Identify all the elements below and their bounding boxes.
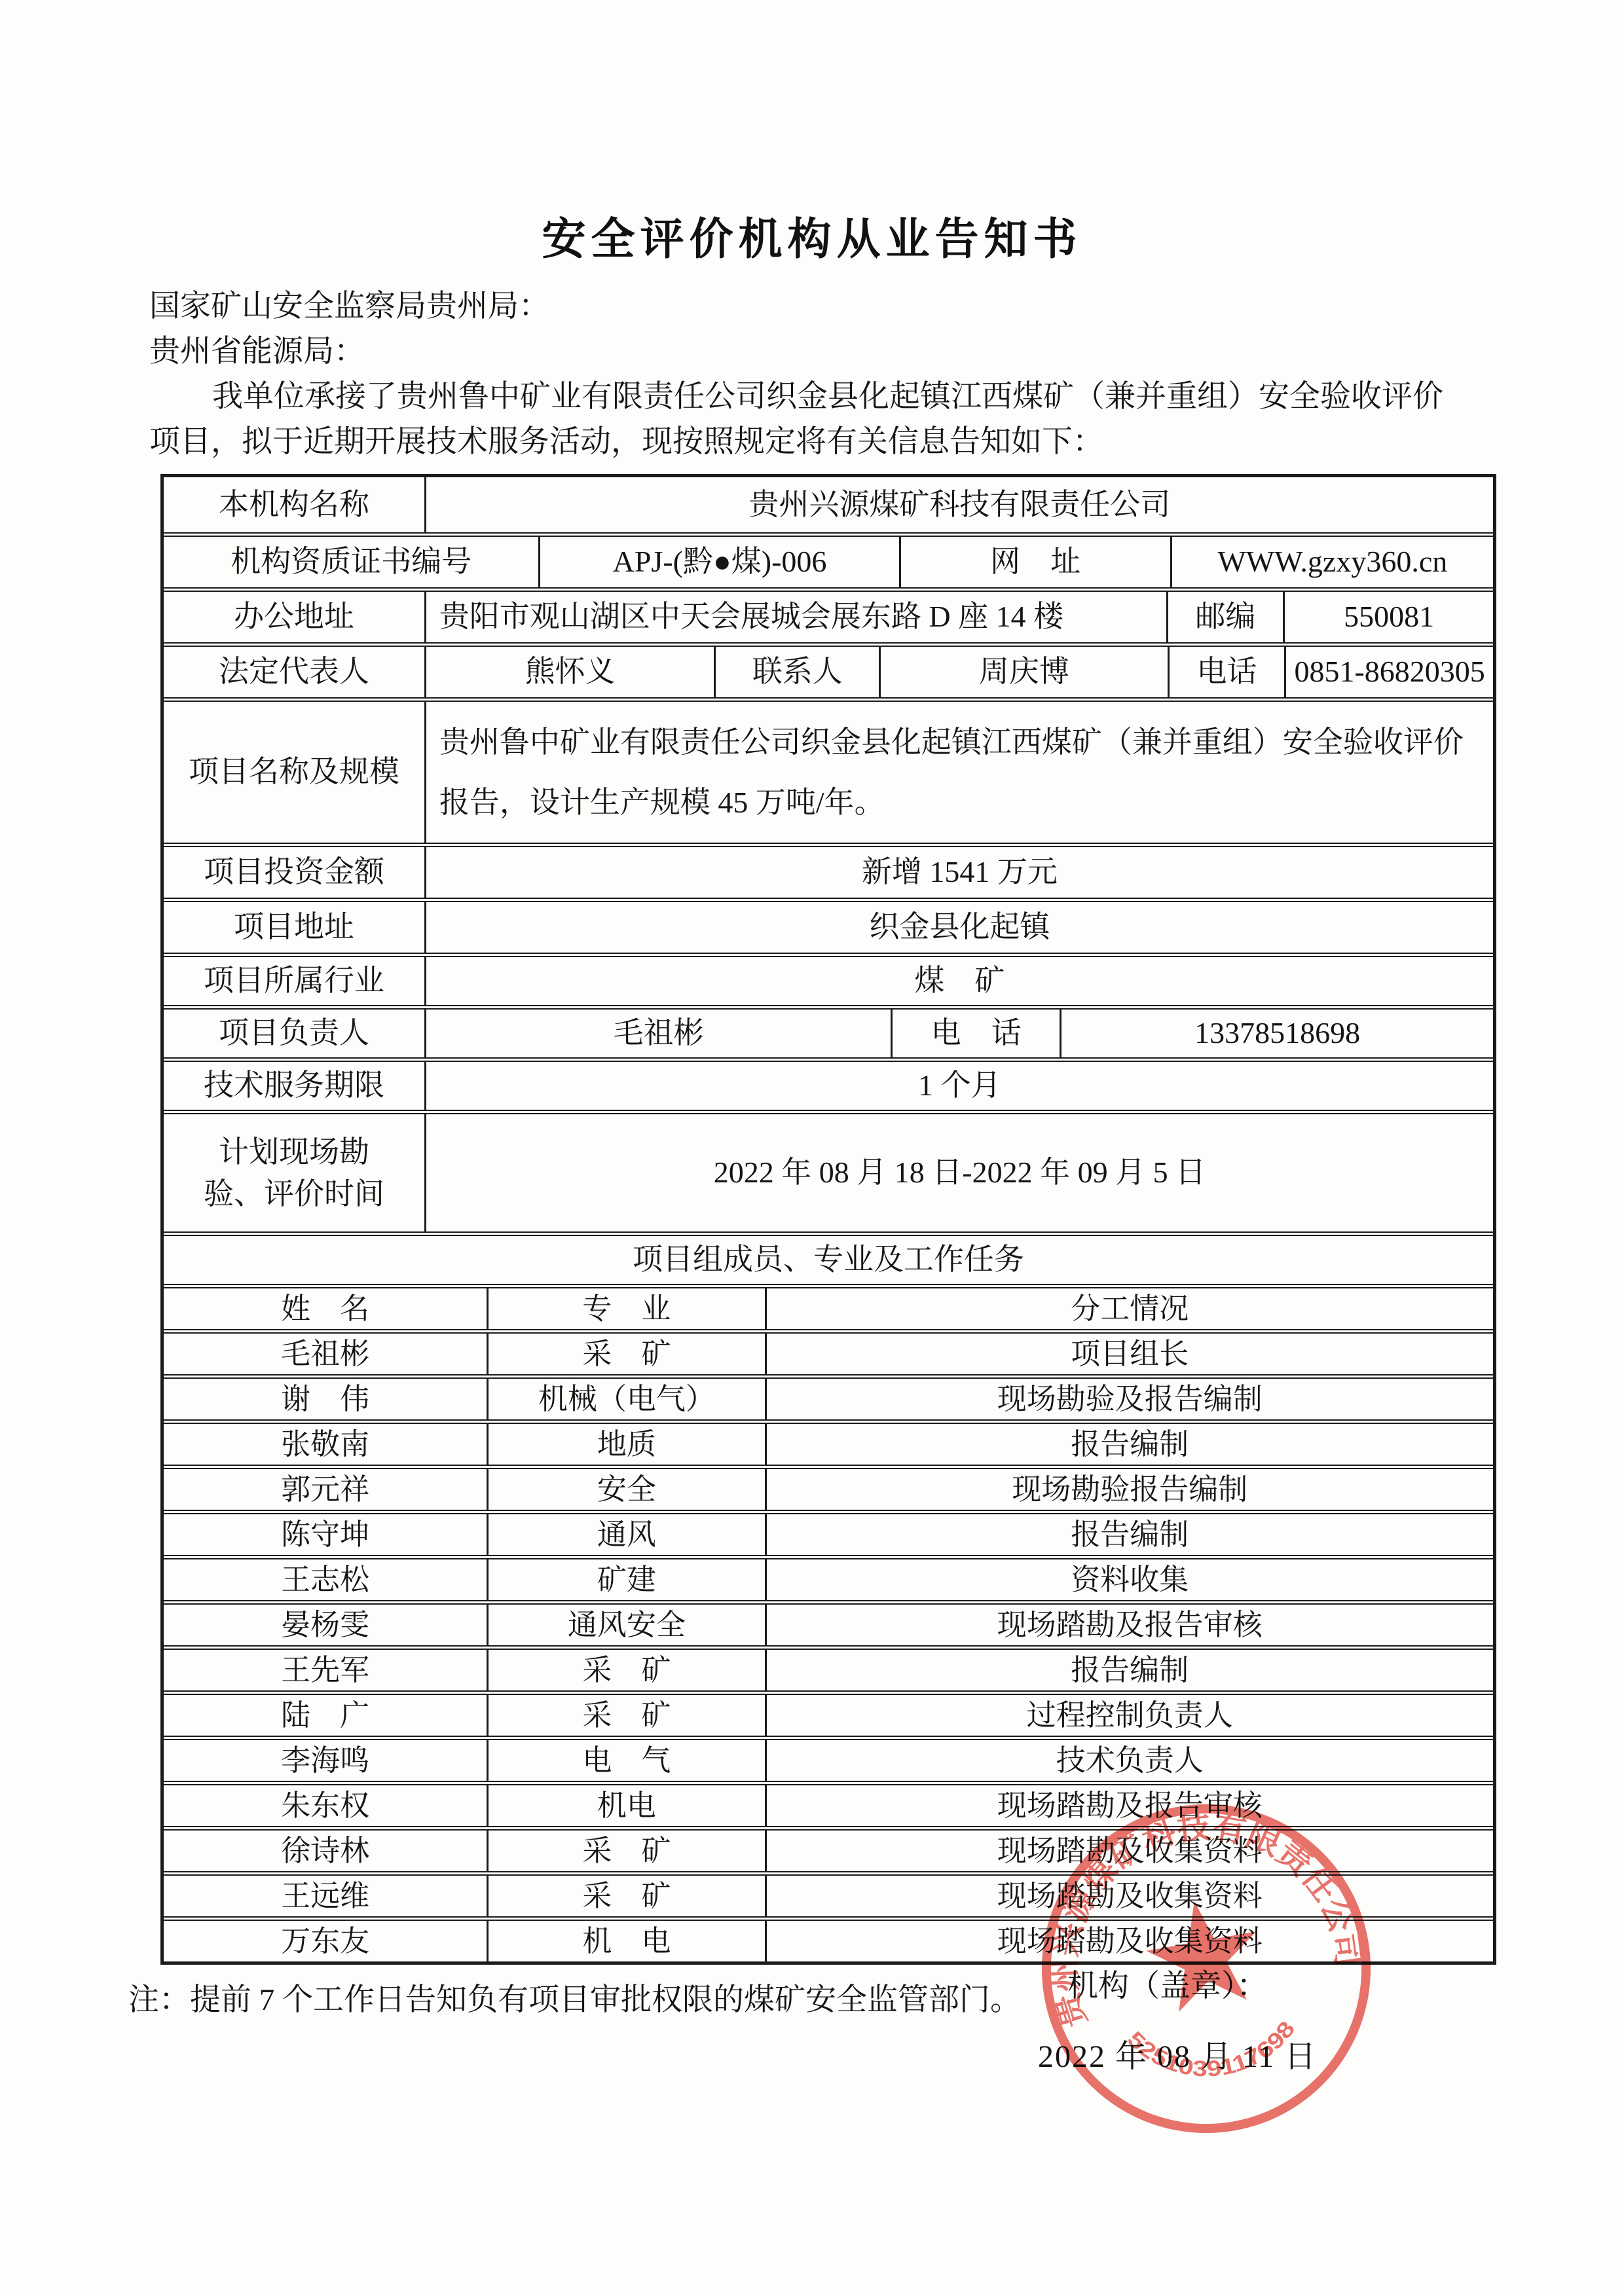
phone-value: 0851-86820305: [1284, 647, 1493, 697]
leader-phone-label: 电 话: [891, 1010, 1060, 1057]
member-major: 矿建: [487, 1559, 764, 1600]
addressee-1: 国家矿山安全监察局贵州局：: [149, 284, 1481, 329]
office-value: 贵阳市观山湖区中天会展城会展东路 D 座 14 楼: [424, 592, 1166, 642]
member-major: 采 矿: [487, 1695, 764, 1736]
table-row: 李海鸣电 气技术负责人: [164, 1736, 1493, 1781]
duration-label: 技术服务期限: [164, 1062, 424, 1110]
member-major: 通风: [487, 1514, 764, 1555]
info-table: 本机构名称 贵州兴源煤矿科技有限责任公司 机构资质证书编号 APJ-(黔●煤)-…: [160, 474, 1496, 1965]
table-row: 王先军采 矿报告编制: [164, 1645, 1493, 1690]
row-schedule: 计划现场勘验、评价时间 2022 年 08 月 18 日-2022 年 09 月…: [164, 1110, 1493, 1231]
member-name: 王志松: [164, 1559, 487, 1600]
duration-value: 1 个月: [424, 1062, 1493, 1110]
member-name: 朱东权: [164, 1785, 487, 1826]
contact-label: 联系人: [714, 647, 879, 697]
member-name: 晏杨雯: [164, 1605, 487, 1645]
investment-label: 项目投资金额: [164, 847, 424, 898]
leader-label: 项目负责人: [164, 1010, 424, 1057]
member-name: 郭元祥: [164, 1469, 487, 1510]
location-label: 项目地址: [164, 902, 424, 953]
member-name: 徐诗林: [164, 1831, 487, 1871]
paragraph-line-2: 项目，拟于近期开展技术服务活动，现按照规定将有关信息告知如下：: [149, 420, 1481, 465]
document-title: 安全评价机构从业告知书: [0, 0, 1624, 267]
member-name: 王远维: [164, 1876, 487, 1916]
row-industry: 项目所属行业 煤 矿: [164, 953, 1493, 1005]
schedule-value: 2022 年 08 月 18 日-2022 年 09 月 5 日: [424, 1114, 1493, 1231]
row-cert: 机构资质证书编号 APJ-(黔●煤)-006 网 址 WWW.gzxy360.c…: [164, 532, 1493, 587]
member-duty: 资料收集: [765, 1559, 1493, 1600]
table-row: 毛祖彬采 矿项目组长: [164, 1329, 1493, 1374]
row-members-header: 项目组成员、专业及工作任务: [164, 1231, 1493, 1284]
member-duty: 项目组长: [765, 1334, 1493, 1374]
member-name: 王先军: [164, 1650, 487, 1690]
member-major: 地质: [487, 1424, 764, 1465]
member-duty: 报告编制: [765, 1650, 1493, 1690]
leader-phone-value: 13378518698: [1060, 1010, 1493, 1057]
row-org-name: 本机构名称 贵州兴源煤矿科技有限责任公司: [164, 477, 1493, 532]
table-row: 陆 广采 矿过程控制负责人: [164, 1690, 1493, 1736]
member-major: 安全: [487, 1469, 764, 1510]
schedule-label: 计划现场勘验、评价时间: [164, 1114, 424, 1231]
member-major: 电 气: [487, 1740, 764, 1781]
row-project-name: 项目名称及规模 贵州鲁中矿业有限责任公司织金县化起镇江西煤矿（兼并重组）安全验收…: [164, 697, 1493, 843]
member-duty: 技术负责人: [765, 1740, 1493, 1781]
row-legal-rep: 法定代表人 熊怀义 联系人 周庆博 电话 0851-86820305: [164, 642, 1493, 697]
member-duty: 报告编制: [765, 1424, 1493, 1465]
document-page: 安全评价机构从业告知书 国家矿山安全监察局贵州局： 贵州省能源局： 我单位承接了…: [0, 0, 1624, 2296]
member-major: 机械（电气）: [487, 1379, 764, 1419]
member-name: 毛祖彬: [164, 1334, 487, 1374]
seal-number-text: 5251039117698: [1120, 1999, 1306, 2097]
row-investment: 项目投资金额 新增 1541 万元: [164, 843, 1493, 898]
project-name-label: 项目名称及规模: [164, 702, 424, 843]
intro-block: 国家矿山安全监察局贵州局： 贵州省能源局： 我单位承接了贵州鲁中矿业有限责任公司…: [149, 284, 1481, 465]
member-duty: 现场踏勘及报告审核: [765, 1605, 1493, 1645]
table-row: 陈守坤通风报告编制: [164, 1510, 1493, 1555]
cert-value: APJ-(黔●煤)-006: [538, 537, 898, 587]
paragraph-line-1: 我单位承接了贵州鲁中矿业有限责任公司织金县化起镇江西煤矿（兼并重组）安全验收评价: [149, 374, 1481, 420]
member-name: 陆 广: [164, 1695, 487, 1736]
table-row: 王志松矿建资料收集: [164, 1555, 1493, 1600]
member-major: 通风安全: [487, 1605, 764, 1645]
leader-value: 毛祖彬: [424, 1010, 891, 1057]
legal-rep-label: 法定代表人: [164, 647, 424, 697]
location-value: 织金县化起镇: [424, 902, 1493, 953]
website-label: 网 址: [899, 537, 1170, 587]
col-name: 姓 名: [164, 1288, 487, 1329]
postcode-value: 550081: [1283, 592, 1493, 642]
footnote: 注：提前 7 个工作日告知负有项目审批权限的煤矿安全监管部门。: [128, 1975, 1624, 2019]
members-column-header: 姓 名 专 业 分工情况: [164, 1284, 1493, 1329]
cert-label: 机构资质证书编号: [164, 537, 538, 587]
industry-label: 项目所属行业: [164, 957, 424, 1005]
member-name: 陈守坤: [164, 1514, 487, 1555]
investment-value: 新增 1541 万元: [424, 847, 1493, 898]
office-label: 办公地址: [164, 592, 424, 642]
row-leader: 项目负责人 毛祖彬 电 话 13378518698: [164, 1005, 1493, 1057]
phone-label: 电话: [1168, 647, 1285, 697]
member-duty: 现场勘验报告编制: [765, 1469, 1493, 1510]
company-seal-stamp: 贵州兴源煤矿科技有限责任公司 5251039117698: [1010, 1772, 1403, 2165]
table-row: 张敬南地质报告编制: [164, 1419, 1493, 1465]
table-row: 郭元祥安全现场勘验报告编制: [164, 1465, 1493, 1510]
addressee-2: 贵州省能源局：: [149, 329, 1481, 374]
member-duty: 报告编制: [765, 1514, 1493, 1555]
row-office: 办公地址 贵阳市观山湖区中天会展城会展东路 D 座 14 楼 邮编 550081: [164, 587, 1493, 642]
member-name: 张敬南: [164, 1424, 487, 1465]
table-row: 晏杨雯通风安全现场踏勘及报告审核: [164, 1600, 1493, 1645]
member-major: 采 矿: [487, 1876, 764, 1916]
member-major: 采 矿: [487, 1831, 764, 1871]
legal-rep-value: 熊怀义: [424, 647, 714, 697]
member-major: 机电: [487, 1785, 764, 1826]
member-name: 谢 伟: [164, 1379, 487, 1419]
org-name-value: 贵州兴源煤矿科技有限责任公司: [424, 477, 1493, 532]
member-name: 李海鸣: [164, 1740, 487, 1781]
member-major: 采 矿: [487, 1650, 764, 1690]
contact-value: 周庆博: [879, 647, 1168, 697]
website-value: WWW.gzxy360.cn: [1170, 537, 1493, 587]
member-major: 采 矿: [487, 1334, 764, 1374]
member-duty: 现场勘验及报告编制: [765, 1379, 1493, 1419]
postcode-label: 邮编: [1166, 592, 1283, 642]
members-header: 项目组成员、专业及工作任务: [164, 1236, 1493, 1284]
member-duty: 过程控制负责人: [765, 1695, 1493, 1736]
row-location: 项目地址 织金县化起镇: [164, 898, 1493, 953]
industry-value: 煤 矿: [424, 957, 1493, 1005]
org-name-label: 本机构名称: [164, 477, 424, 532]
row-duration: 技术服务期限 1 个月: [164, 1057, 1493, 1110]
table-row: 谢 伟机械（电气）现场勘验及报告编制: [164, 1374, 1493, 1419]
star-icon: [1139, 1891, 1268, 2015]
project-name-value: 贵州鲁中矿业有限责任公司织金县化起镇江西煤矿（兼并重组）安全验收评价报告，设计生…: [424, 702, 1493, 843]
col-major: 专 业: [487, 1288, 764, 1329]
col-duty: 分工情况: [765, 1288, 1493, 1329]
member-major: 机 电: [487, 1921, 764, 1961]
member-name: 万东友: [164, 1921, 487, 1961]
